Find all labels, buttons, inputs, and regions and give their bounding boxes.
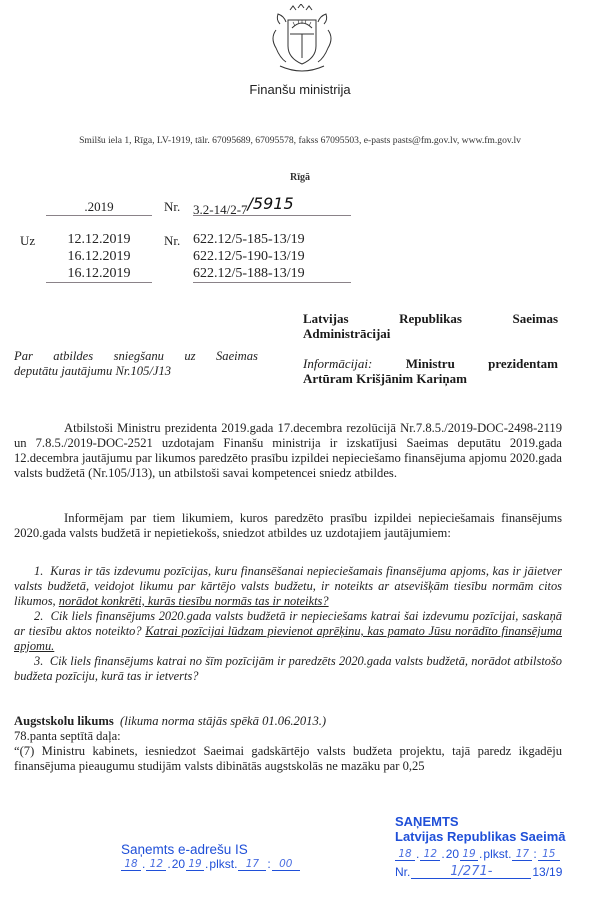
law-quote: “(7) Ministru kabinets, iesniedzot Saeim… <box>14 744 562 774</box>
subject-word: sniegšanu <box>114 349 164 364</box>
document-number-printed: 3.2-14/2-7 <box>193 202 248 217</box>
incoming-number: 622.12/5-188-13/19 <box>193 265 351 283</box>
incoming-date: 16.12.2019 <box>46 248 152 265</box>
stamp-day: 18 <box>121 858 141 871</box>
stamp-month: 12 <box>420 848 440 861</box>
document-date-value: .2019 <box>84 199 113 214</box>
stamp-title-1: SAŅEMTS <box>395 815 595 829</box>
stamp-year-prefix: 20 <box>446 847 459 861</box>
ministry-name: Finanšu ministrija <box>0 82 600 97</box>
stamp-year: 19 <box>460 848 478 861</box>
law-heading: Augstskolu likums (likuma norma stājās s… <box>14 714 562 729</box>
stamp-nr-label: Nr. <box>395 865 410 879</box>
incoming-date: 12.12.2019 <box>46 231 152 248</box>
stamp-minute: 15 <box>538 848 560 861</box>
incoming-dates: 12.12.2019 16.12.2019 16.12.2019 <box>46 231 152 283</box>
stamp-e-address-received: Saņemts e-adrešu IS 18. 12. 2019. plkst.… <box>121 842 321 871</box>
info-word: Ministru <box>406 356 455 371</box>
law-article: 78.panta septītā daļa: <box>14 729 562 744</box>
stamp-nr-value: 1/271- <box>411 866 531 879</box>
question-underlined: norādot konkrēti, kurās tiesību normās t… <box>59 594 329 608</box>
stamp-time-label: plkst. <box>209 857 237 871</box>
info-label: Informācijai: <box>303 356 372 371</box>
nr-label-incoming: Nr. <box>164 233 180 249</box>
question-2: 2. Cik liels finansējums 2020.gada valst… <box>14 609 562 654</box>
stamp-date-line: 18. 12. 2019. plkst.17:00 <box>121 857 321 871</box>
document-date: .2019 <box>46 199 152 216</box>
ministry-address: Smilšu iela 1, Rīga, LV-1919, tālr. 6709… <box>0 135 600 146</box>
info-line-1: Informācijai: Ministru prezidentam <box>303 356 558 371</box>
question-number: 2. <box>34 609 43 623</box>
law-note: (likuma norma stājās spēkā 01.06.2013.) <box>120 714 326 728</box>
nr-label: Nr. <box>164 199 180 215</box>
stamp-saeima-received: SAŅEMTS Latvijas Republikas Saeimā 18. 1… <box>395 815 595 879</box>
subject-line-2: deputātu jautājumu Nr.105/J13 <box>14 364 258 379</box>
body-paragraph-2: Informējam par tiem likumiem, kuros pare… <box>14 511 562 541</box>
document-number-handwritten: /5915 <box>248 194 294 213</box>
recipient-word: Saeimas <box>513 311 559 326</box>
law-title: Augstskolu likums <box>14 714 114 728</box>
stamp-year-prefix: 20 <box>172 857 185 871</box>
question-3: 3. Cik liels finansējums katrai no šīm p… <box>14 654 562 684</box>
question-number: 3. <box>34 654 43 668</box>
question-number: 1. <box>34 564 43 578</box>
stamp-number-line: Nr. 1/271-13/19 <box>395 865 595 879</box>
question-1: 1. Kuras ir tās izdevumu pozīcijas, kuru… <box>14 564 562 609</box>
incoming-number: 622.12/5-185-13/19 <box>193 231 351 248</box>
recipient-word: Republikas <box>399 311 462 326</box>
stamp-hour: 17 <box>238 858 266 871</box>
stamp-year: 19 <box>186 858 204 871</box>
stamp-hour: 17 <box>512 848 532 861</box>
question-text: Cik liels finansējums katrai no šīm pozī… <box>14 654 562 683</box>
stamp-month: 12 <box>146 858 166 871</box>
document-number: 3.2-14/2-7/5915 <box>193 194 351 216</box>
stamp-day: 18 <box>395 848 415 861</box>
stamp-nr-suffix: 13/19 <box>532 865 562 879</box>
info-word: prezidentam <box>488 356 558 371</box>
recipient-block: Latvijas Republikas Saeimas Administrāci… <box>303 311 558 341</box>
uz-label: Uz <box>20 233 35 249</box>
info-recipient-block: Informācijai: Ministru prezidentam Artūr… <box>303 356 558 386</box>
body-paragraph-1: Atbilstoši Ministru prezidenta 2019.gada… <box>14 421 562 481</box>
subject-word: atbildes <box>53 349 93 364</box>
stamp-title: Saņemts e-adrešu IS <box>121 842 321 857</box>
document-city: Rīgā <box>0 172 600 183</box>
recipient-word: Latvijas <box>303 311 349 326</box>
subject-word: Saeimas <box>216 349 258 364</box>
recipient-line-2: Administrācijai <box>303 326 558 341</box>
incoming-numbers: 622.12/5-185-13/19 622.12/5-190-13/19 62… <box>193 231 351 283</box>
incoming-date: 16.12.2019 <box>46 265 152 283</box>
subject-line-1: Par atbildes sniegšanu uz Saeimas <box>14 349 258 364</box>
stamp-date-line: 18. 12. 2019. plkst.17:15 <box>395 847 595 861</box>
letter-subject: Par atbildes sniegšanu uz Saeimas deputā… <box>14 349 258 379</box>
incoming-number: 622.12/5-190-13/19 <box>193 248 351 265</box>
stamp-title-2: Latvijas Republikas Saeimā <box>395 829 595 844</box>
info-name: Artūram Krišjānim Kariņam <box>303 371 467 386</box>
subject-word: uz <box>184 349 195 364</box>
coat-of-arms-icon <box>262 4 342 78</box>
stamp-time-label: plkst. <box>483 847 511 861</box>
recipient-line-1: Latvijas Republikas Saeimas <box>303 311 558 326</box>
stamp-minute: 00 <box>272 858 300 871</box>
subject-word: Par <box>14 349 33 364</box>
